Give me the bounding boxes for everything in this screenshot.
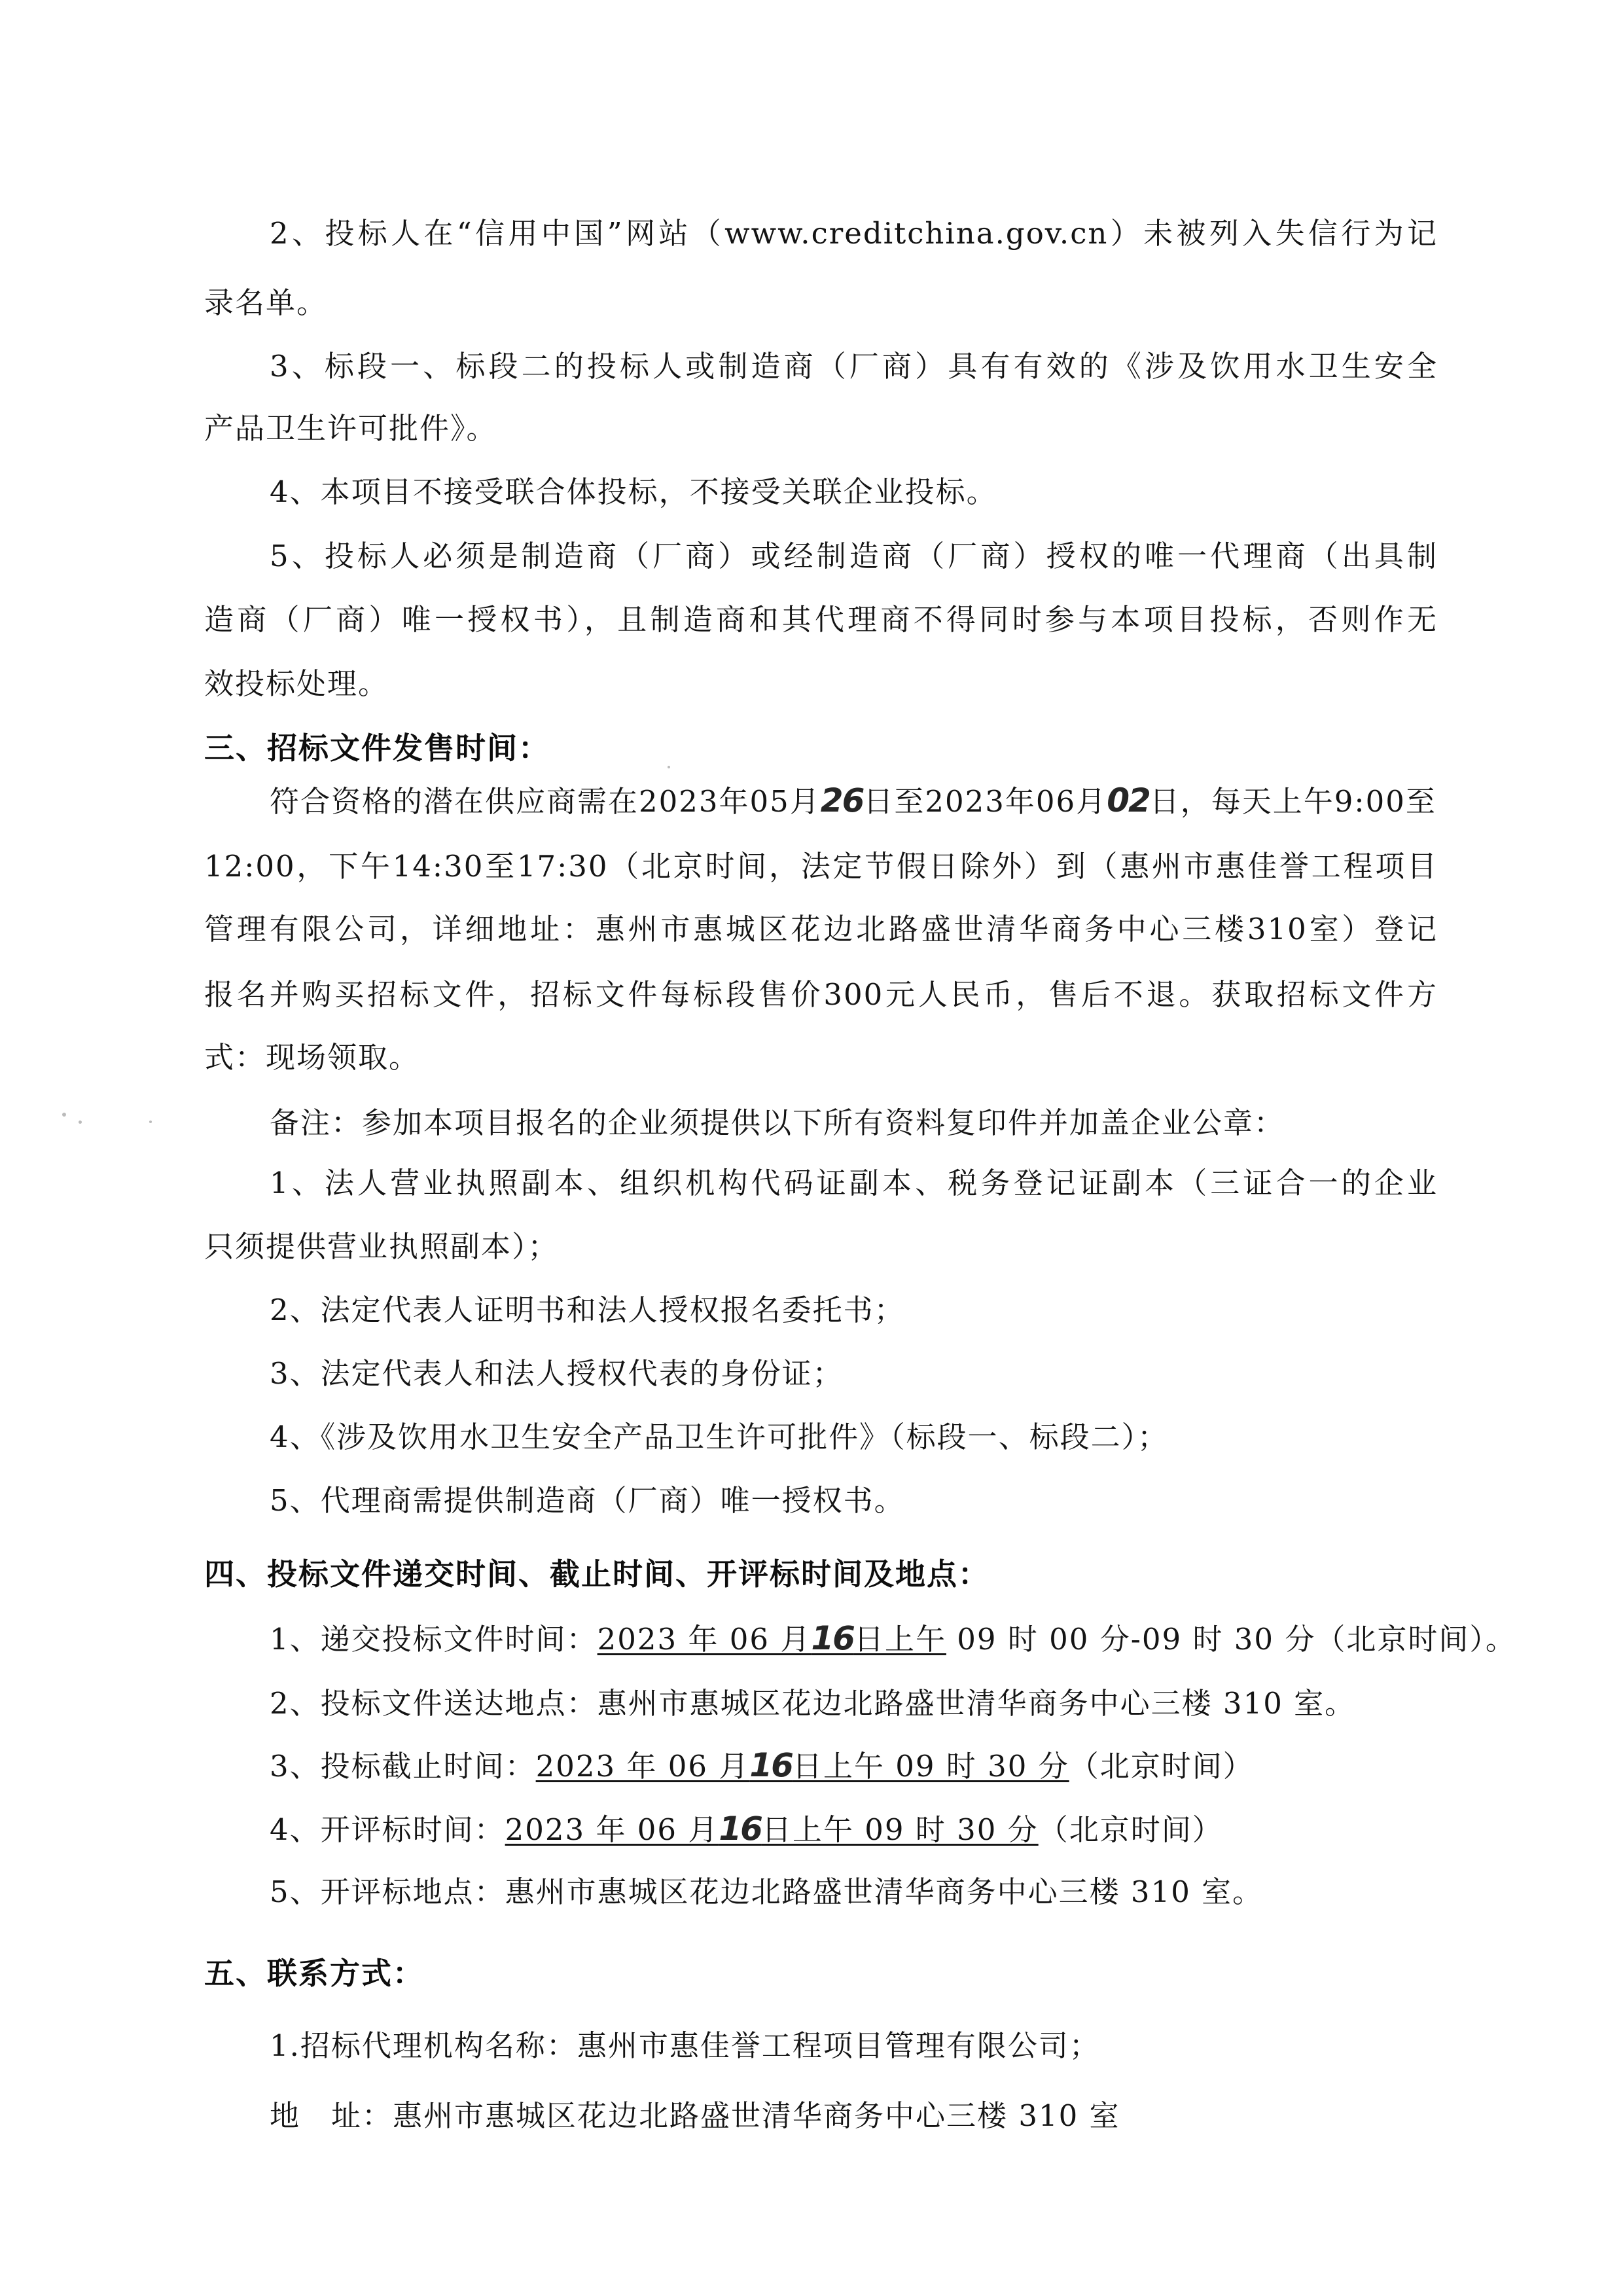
qualification-item-2-line1: 2、投标人在“信用中国”网站（www.creditchina.gov.cn）未被… (270, 214, 1438, 253)
submission-time-label: 1、递交投标文件时间： (270, 1622, 597, 1657)
sale-period-text-b: 日至2023年06月 (863, 784, 1107, 819)
section-5-heading: 五、联系方式： (204, 1954, 1438, 1993)
sale-period-line1: 符合资格的潜在供应商需在2023年05月26日至2023年06月02日，每天上午… (270, 781, 1438, 820)
qualification-item-5-line3: 效投标处理。 (204, 664, 1438, 704)
bid-opening-a: 2023 年 06 月 (505, 1812, 719, 1847)
bid-deadline-label: 3、投标截止时间： (270, 1749, 536, 1784)
bid-deadline: 3、投标截止时间：2023 年 06 月16日上午 09 时 30 分（北京时间… (270, 1746, 1438, 1785)
note-item-3: 3、法定代表人和法人授权代表的身份证； (270, 1354, 1438, 1393)
document-page: 2、投标人在“信用中国”网站（www.creditchina.gov.cn）未被… (0, 0, 1623, 2296)
submission-date-a: 2023 年 06 月 (597, 1622, 811, 1657)
qualification-item-3-line1: 3、标段一、标段二的投标人或制造商（厂商）具有有效的《涉及饮用水卫生安全 (270, 347, 1438, 386)
qualification-item-2-line2: 录名单。 (204, 283, 1438, 323)
bid-deadline-underlined: 2023 年 06 月16日上午 09 时 30 分 (536, 1749, 1069, 1784)
note-item-5: 5、代理商需提供制造商（厂商）唯一授权书。 (270, 1481, 1438, 1520)
submission-time: 1、递交投标文件时间：2023 年 06 月16日上午 09 时 00 分-09… (270, 1619, 1438, 1658)
address-label: 地 址： (270, 2098, 393, 2133)
sale-period-line5: 式：现场领取。 (204, 1038, 1438, 1077)
bid-opening-time: 4、开评标时间：2023 年 06 月16日上午 09 时 30 分（北京时间） (270, 1809, 1438, 1848)
section-3-heading: 三、招标文件发售时间： (204, 728, 1438, 768)
handwritten-submission-day: 16 (811, 1619, 854, 1657)
bid-opening-location: 5、开评标地点：惠州市惠城区花边北路盛世清华商务中心三楼 310 室。 (270, 1873, 1438, 1912)
submission-date-b: 日上午 (854, 1622, 946, 1657)
sale-period-text-a: 符合资格的潜在供应商需在2023年05月 (270, 784, 821, 819)
handwritten-start-day: 26 (821, 781, 864, 819)
scan-speck (62, 1113, 66, 1117)
section-4-heading: 四、投标文件递交时间、截止时间、开评标时间及地点： (204, 1554, 1438, 1594)
note-item-4: 4、《涉及饮用水卫生安全产品卫生许可批件》（标段一、标段二）； (270, 1418, 1438, 1457)
submission-location: 2、投标文件送达地点：惠州市惠城区花边北路盛世清华商务中心三楼 310 室。 (270, 1684, 1438, 1723)
handwritten-opening-day: 16 (719, 1810, 762, 1848)
handwritten-end-day: 02 (1107, 781, 1150, 819)
bid-opening-underlined: 2023 年 06 月16日上午 09 时 30 分 (505, 1812, 1039, 1847)
agency-address: 地 址：惠州市惠城区花边北路盛世清华商务中心三楼 310 室 (270, 2096, 1438, 2136)
bid-deadline-rest: （北京时间） (1069, 1749, 1254, 1784)
sale-period-line2: 12:00，下午14:30至17:30（北京时间，法定节假日除外）到（惠州市惠佳… (204, 847, 1438, 886)
scan-speck (149, 1121, 152, 1123)
agency-name: 1.招标代理机构名称：惠州市惠佳誉工程项目管理有限公司； (270, 2026, 1438, 2066)
qualification-item-5-line2: 造商（厂商）唯一授权书），且制造商和其代理商不得同时参与本项目投标，否则作无 (204, 600, 1438, 639)
sale-period-line4: 报名并购买招标文件，招标文件每标段售价300元人民币，售后不退。获取招标文件方 (204, 975, 1438, 1014)
note-item-2: 2、法定代表人证明书和法人授权报名委托书； (270, 1291, 1438, 1330)
bid-deadline-b: 日上午 09 时 30 分 (793, 1749, 1069, 1784)
sale-period-line3: 管理有限公司，详细地址：惠州市惠城区花边北路盛世清华商务中心三楼310室）登记 (204, 910, 1438, 949)
note-item-1-line1: 1、法人营业执照副本、组织机构代码证副本、税务登记证副本（三证合一的企业 (270, 1164, 1438, 1203)
qualification-item-3-line2: 产品卫生许可批件》。 (204, 409, 1438, 448)
handwritten-deadline-day: 16 (749, 1746, 793, 1784)
qualification-item-4: 4、本项目不接受联合体投标，不接受关联企业投标。 (270, 473, 1438, 512)
scan-speck (668, 766, 670, 768)
submission-time-rest: 09 时 00 分-09 时 30 分（北京时间）。 (946, 1622, 1516, 1657)
qualification-item-5-line1: 5、投标人必须是制造商（厂商）或经制造商（厂商）授权的唯一代理商（出具制 (270, 537, 1438, 576)
bid-opening-label: 4、开评标时间： (270, 1812, 505, 1847)
scan-speck (79, 1121, 82, 1124)
submission-date-underlined: 2023 年 06 月16日上午 (597, 1622, 946, 1657)
registration-note: 备注：参加本项目报名的企业须提供以下所有资料复印件并加盖企业公章： (270, 1103, 1438, 1143)
bid-opening-b: 日上午 09 时 30 分 (762, 1812, 1039, 1847)
note-item-1-line2: 只须提供营业执照副本）； (204, 1227, 1438, 1266)
address-value: 惠州市惠城区花边北路盛世清华商务中心三楼 310 室 (393, 2098, 1120, 2133)
bid-opening-rest: （北京时间） (1039, 1812, 1223, 1847)
sale-period-text-c: 日，每天上午9:00至 (1150, 784, 1436, 819)
bid-deadline-a: 2023 年 06 月 (536, 1749, 750, 1784)
